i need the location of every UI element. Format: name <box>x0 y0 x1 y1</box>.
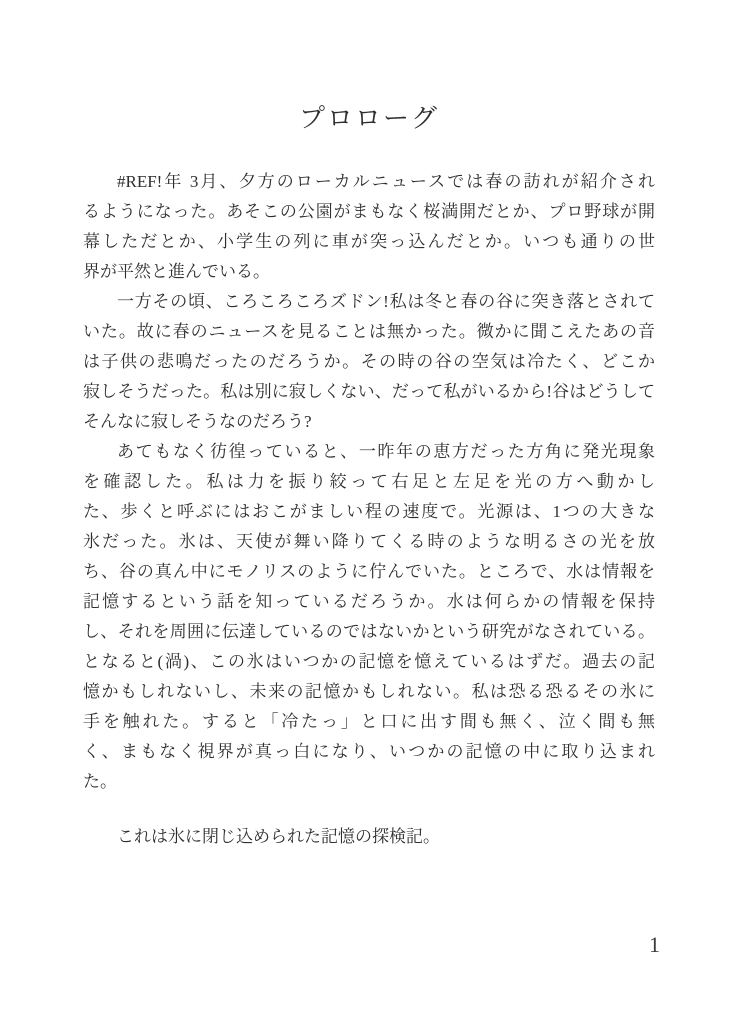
text-line: く、まもなく視界が真っ白になり、いつかの記憶の中に取り込まれ <box>83 737 655 767</box>
text-line: 記憶するという話を知っているだろうか。水は何らかの情報を保持 <box>83 587 655 617</box>
text-line: ち、谷の真ん中にモノリスのように佇んでいた。ところで、水は情報を <box>83 557 655 587</box>
paragraph-3: あてもなく彷徨っていると、一昨年の恵方だった方角に発光現象 を確認した。私は力を… <box>83 437 655 797</box>
text-line: あてもなく彷徨っていると、一昨年の恵方だった方角に発光現象 <box>83 437 655 467</box>
text-line: 憶かもしれないし、未来の記憶かもしれない。私は恐る恐るその氷に <box>83 677 655 707</box>
text-line: 界が平然と進んでいる。 <box>83 257 655 287</box>
text-line: 寂しそうだった。私は別に寂しくない、だって私がいるから!谷はどうして <box>83 377 655 407</box>
document-body: #REF!年 3月、夕方のローカルニュースでは春の訪れが紹介され るようになった… <box>83 167 655 852</box>
text-line: を確認した。私は力を振り絞って右足と左足を光の方へ動かし <box>83 467 655 497</box>
text-line: 一方その頃、ころころころズドン!私は冬と春の谷に突き落とされて <box>83 287 655 317</box>
text-line: 氷だった。氷は、天使が舞い降りてくる時のような明るさの光を放 <box>83 527 655 557</box>
paragraph-4: これは氷に閉じ込められた記憶の探検記。 <box>83 822 655 852</box>
text-line: 幕しただとか、小学生の列に車が突っ込んだとか。いつも通りの世 <box>83 227 655 257</box>
text-line: いた。故に春のニュースを見ることは無かった。微かに聞こえたあの音 <box>83 317 655 347</box>
text-line: るようになった。あそこの公園がまもなく桜満開だとか、プロ野球が開 <box>83 197 655 227</box>
text-line: これは氷に閉じ込められた記憶の探検記。 <box>83 822 655 852</box>
text-line: し、それを周囲に伝達しているのではないかという研究がなされている。 <box>83 617 655 647</box>
text-line: となると(渦)、この氷はいつかの記憶を憶えているはずだ。過去の記 <box>83 647 655 677</box>
page-title: プロローグ <box>0 0 738 137</box>
text-line: た。 <box>83 767 655 797</box>
paragraph-2: 一方その頃、ころころころズドン!私は冬と春の谷に突き落とされて いた。故に春のニ… <box>83 287 655 437</box>
text-line: た、歩くと呼ぶにはおこがましい程の速度で。光源は、1つの大きな <box>83 497 655 527</box>
page-number: 1 <box>649 930 660 960</box>
text-line: そんなに寂しそうなのだろう? <box>83 407 655 437</box>
text-line: #REF!年 3月、夕方のローカルニュースでは春の訪れが紹介され <box>83 167 655 197</box>
document-page: プロローグ #REF!年 3月、夕方のローカルニュースでは春の訪れが紹介され る… <box>0 0 738 1024</box>
text-line: 手を触れた。すると「冷たっ」と口に出す間も無く、泣く間も無 <box>83 707 655 737</box>
text-line: は子供の悲鳴だったのだろうか。その時の谷の空気は冷たく、どこか <box>83 347 655 377</box>
paragraph-1: #REF!年 3月、夕方のローカルニュースでは春の訪れが紹介され るようになった… <box>83 167 655 287</box>
